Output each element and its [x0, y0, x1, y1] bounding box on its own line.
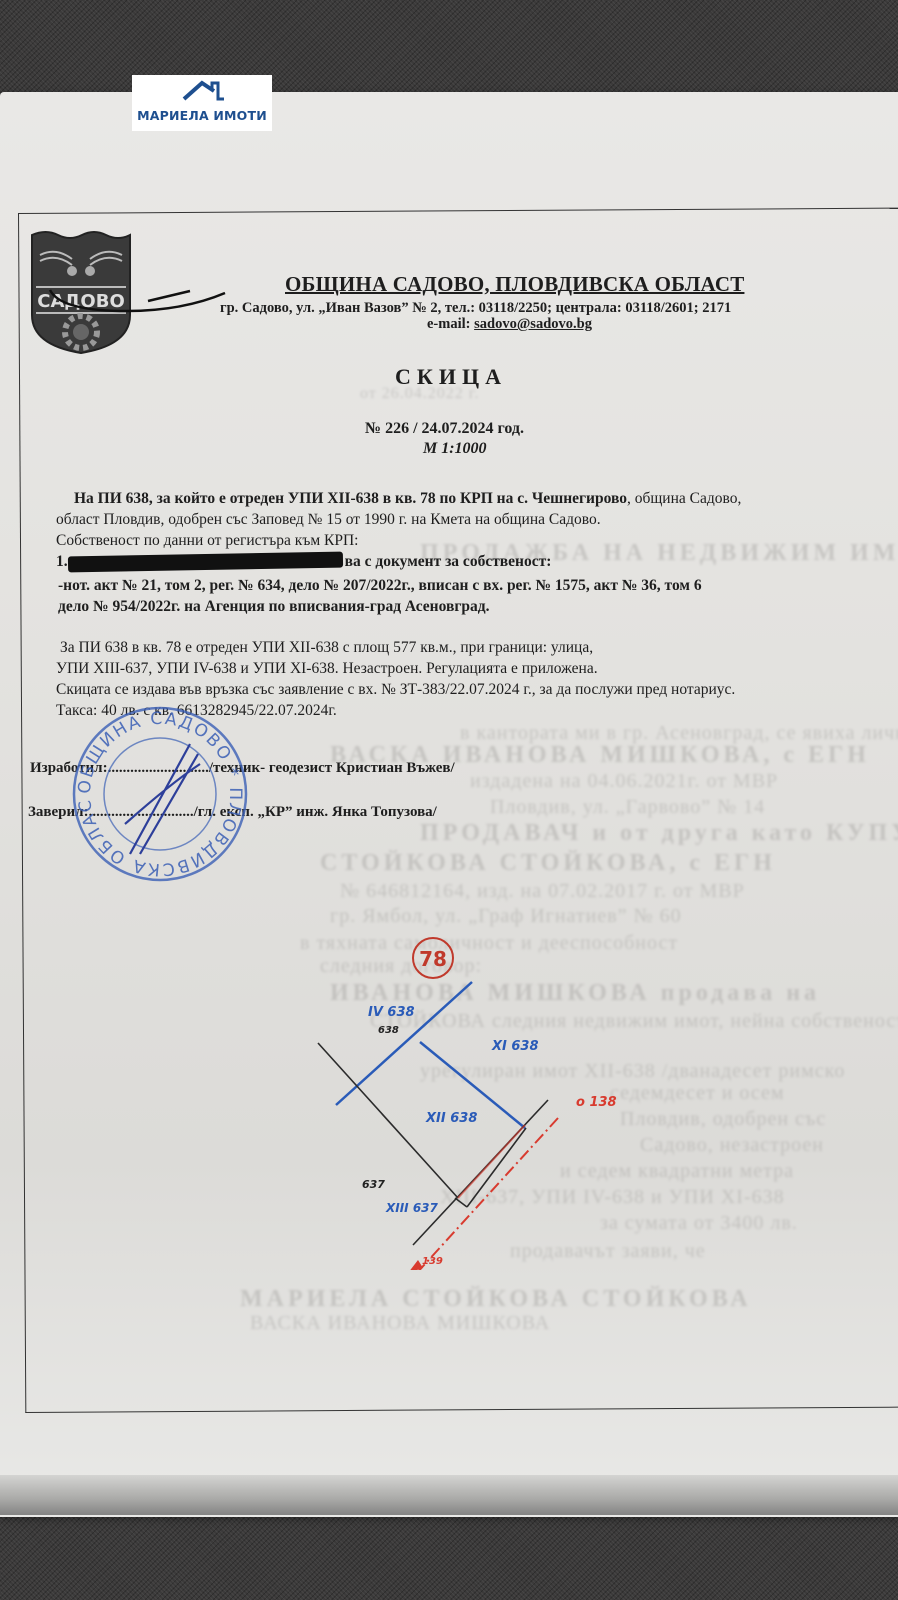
pen-scribble — [40, 285, 230, 325]
ownership-deed-line2: дело № 954/2022г. на Агенция по вписвани… — [58, 596, 489, 617]
svg-text:о 138: о 138 — [576, 1095, 617, 1110]
ownership-owner-line: 1.ва с документ за собственост: — [56, 551, 551, 572]
svg-text:XI 638: XI 638 — [491, 1039, 539, 1054]
svg-text:638: 638 — [378, 1025, 399, 1036]
svg-text:139: 139 — [422, 1256, 443, 1267]
svg-text:XIII 637: XIII 637 — [385, 1201, 439, 1215]
parcel-sketch: 78 IV 638 638 XI 638 XII 638 637 XIII 63… — [300, 930, 620, 1270]
svg-text:637: 637 — [362, 1178, 385, 1191]
regulation-line1: За ПИ 638 в кв. 78 е отреден УПИ XII-638… — [60, 637, 593, 658]
ownership-deed-line1: -нот. акт № 21, том 2, рег. № 634, дело … — [58, 575, 702, 596]
brand-name: МАРИЕЛА ИМОТИ — [137, 108, 267, 123]
sheet-fold — [0, 1475, 898, 1515]
regulation-line2: УПИ XIII-637, УПИ IV-638 и УПИ XI-638. Н… — [56, 658, 598, 679]
house-roof-icon — [182, 79, 226, 101]
paragraph-property-line2: област Пловдив, одобрен със Заповед № 15… — [56, 509, 601, 530]
email-link[interactable]: sadovo@sadovo.bg — [474, 316, 592, 332]
paragraph-property-line1: На ПИ 638, за който е отреден УПИ XII-63… — [74, 488, 741, 509]
document-scale: М 1:1000 — [423, 440, 487, 458]
organization-title: ОБЩИНА САДОВО, ПЛОВДИВСКА ОБЛАСТ — [285, 272, 744, 297]
ownership-heading: Собственост по данни от регистъра към КР… — [56, 530, 358, 551]
organization-email: e-mail: sadovo@sadovo.bg — [427, 316, 592, 333]
organization-address: гр. Садово, ул. „Иван Вазов” № 2, тел.: … — [220, 300, 731, 317]
svg-text:78: 78 — [419, 947, 447, 971]
document-number: № 226 / 24.07.2024 год. — [365, 420, 524, 438]
official-stamp-icon: ОБЩИНА САДОВО * ПЛОВДИВСКА ОБЛАСТ — [70, 704, 250, 884]
regulation-line3: Скицата се издава във връзка със заявлен… — [56, 679, 735, 700]
redacted-owner-name — [68, 552, 343, 573]
brand-logo: МАРИЕЛА ИМОТИ — [132, 75, 272, 131]
svg-text:IV 638: IV 638 — [368, 1005, 415, 1020]
document-title: СКИЦА — [395, 364, 507, 390]
svg-text:XII 638: XII 638 — [425, 1111, 477, 1126]
